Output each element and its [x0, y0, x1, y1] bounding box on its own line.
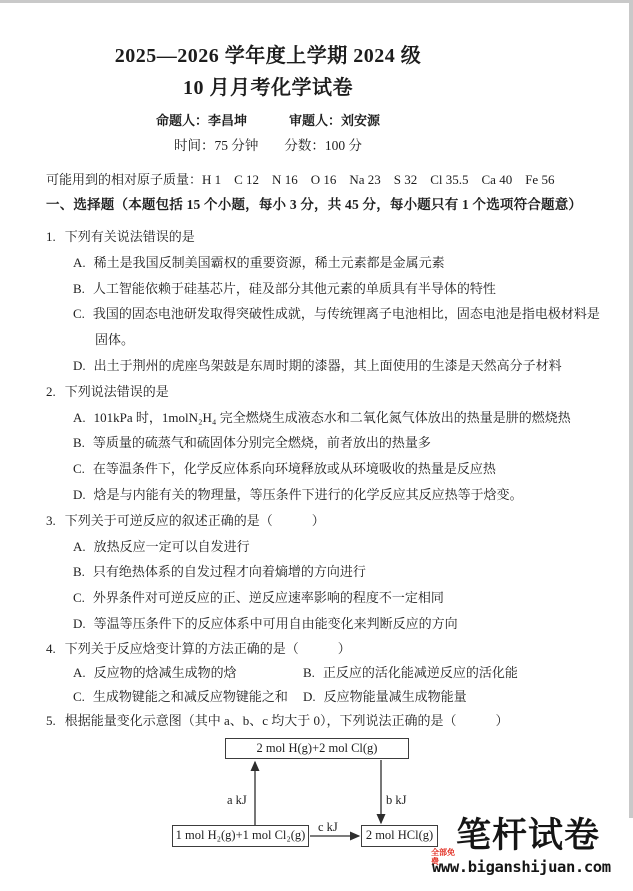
- option-text: 出土于荆州的虎座鸟架鼓是东周时期的漆器，其上面使用的生漆是天然高分子材料: [94, 358, 562, 373]
- option-text: 稀土是我国反制美国霸权的重要资源，稀土元素都是金属元素: [94, 255, 445, 270]
- question-2-stem: 2.下列说法错误的是: [46, 379, 606, 405]
- diagram-label-b: b kJ: [386, 793, 407, 808]
- question-1-option-b: B.人工智能依赖于硅基芯片，硅及部分其他元素的单质具有半导体的特性: [46, 276, 606, 302]
- question-list: 1.下列有关说法错误的是 A.稀土是我国反制美国霸权的重要资源，稀土元素都是金属…: [46, 224, 606, 868]
- option-label: B.: [73, 435, 85, 450]
- option-label: B.: [73, 564, 85, 579]
- option-text: 我国的固态电池研发取得突破性成就，与传统锂离子电池相比，固态电池是指电极材料是固…: [93, 306, 600, 347]
- option-label: A.: [73, 410, 86, 425]
- question-4-options-row2: C.生成物键能之和减反应物键能之和 D.反应物能量减生成物能量: [46, 685, 606, 709]
- setter-label: 命题人：李昌坤: [156, 113, 247, 128]
- watermark-url: www.biganshijuan.com: [432, 858, 611, 876]
- option-text: 生成物键能之和减反应物键能之和: [93, 689, 288, 704]
- option-label: D.: [73, 358, 86, 373]
- option-label: C.: [73, 590, 85, 605]
- question-1-option-d: D.出土于荆州的虎座鸟架鼓是东周时期的漆器，其上面使用的生漆是天然高分子材料: [46, 353, 606, 379]
- option-label: D.: [303, 689, 316, 704]
- question-2-number: 2.: [46, 384, 56, 399]
- option-text: 反应物能量减生成物能量: [324, 689, 467, 704]
- option-label: C.: [73, 689, 85, 704]
- question-1-option-c: C.我国的固态电池研发取得突破性成就，与传统锂离子电池相比，固态电池是指电极材料…: [46, 301, 606, 353]
- scan-edge-right: [629, 0, 633, 818]
- time-label: 时间：75 分钟: [174, 138, 258, 153]
- scan-edge-top: [0, 0, 633, 3]
- paper-title-line1: 2025—2026 学年度上学期 2024 级: [46, 44, 490, 68]
- question-1: 1.下列有关说法错误的是 A.稀土是我国反制美国霸权的重要资源，稀土元素都是金属…: [46, 224, 606, 379]
- paper-time-row: 时间：75 分钟分数：100 分: [46, 137, 490, 154]
- question-1-text: 下列有关说法错误的是: [65, 229, 195, 244]
- option-label: A.: [73, 255, 86, 270]
- question-4: 4.下列关于反应焓变计算的方法正确的是（ ） A.反应物的焓减生成物的焓 B.正…: [46, 637, 606, 710]
- option-label: C.: [73, 306, 85, 321]
- option-label: A.: [73, 665, 86, 680]
- paper-authors-row: 命题人：李昌坤审题人：刘安源: [46, 112, 490, 129]
- score-label: 分数：100 分: [284, 138, 362, 153]
- question-3-number: 3.: [46, 513, 56, 528]
- option-label: D.: [73, 487, 86, 502]
- question-2-text: 下列说法错误的是: [65, 384, 169, 399]
- option-label: A.: [73, 539, 86, 554]
- question-3: 3.下列关于可逆反应的叙述正确的是（ ） A.放热反应一定可以自发进行 B.只有…: [46, 508, 606, 637]
- option-label: D.: [73, 616, 86, 631]
- question-1-stem: 1.下列有关说法错误的是: [46, 224, 606, 250]
- watermark-brand: 笔杆试卷: [456, 816, 600, 856]
- option-text: 只有绝热体系的自发过程才向着熵增的方向进行: [93, 564, 366, 579]
- paper-header: 2025—2026 学年度上学期 2024 级 10 月月考化学试卷 命题人：李…: [46, 40, 490, 154]
- diagram-box-atoms: 2 mol H(g)+2 mol Cl(g): [225, 738, 409, 759]
- question-5-stem: 5.根据能量变化示意图（其中 a、b、c 均大于 0），下列说法正确的是（ ）: [46, 710, 606, 732]
- option-text: 等温等压条件下的反应体系中可用自由能变化来判断反应的方向: [94, 616, 458, 631]
- diagram-box-reactants: 1 mol H₂(g)+1 mol Cl₂(g): [172, 825, 309, 847]
- question-4-option-c: C.生成物键能之和减反应物键能之和: [46, 685, 303, 709]
- question-4-stem: 4.下列关于反应焓变计算的方法正确的是（ ）: [46, 637, 606, 661]
- option-label: B.: [303, 665, 315, 680]
- diagram-box-product: 2 mol HCl(g): [361, 825, 438, 847]
- reviewer-label: 审题人：刘安源: [289, 113, 380, 128]
- question-2-option-d: D.焓是与内能有关的物理量，等压条件下进行的化学反应其反应热等于焓变。: [46, 482, 606, 508]
- question-2-option-b: B.等质量的硫蒸气和硫固体分别完全燃烧，前者放出的热量多: [46, 430, 606, 456]
- question-5-number: 5.: [46, 713, 56, 728]
- question-4-option-a: A.反应物的焓减生成物的焓: [46, 661, 303, 685]
- option-text: 焓是与内能有关的物理量，等压条件下进行的化学反应其反应热等于焓变。: [94, 487, 523, 502]
- question-3-text: 下列关于可逆反应的叙述正确的是（ ）: [65, 513, 325, 528]
- option-text: 在等温条件下，化学反应体系向环境释放或从环境吸收的热量是反应热: [93, 461, 496, 476]
- question-1-option-a: A.稀土是我国反制美国霸权的重要资源，稀土元素都是金属元素: [46, 250, 606, 276]
- paper-title-line2: 10 月月考化学试卷: [46, 76, 490, 100]
- question-3-option-c: C.外界条件对可逆反应的正、逆反应速率影响的程度不一定相同: [46, 585, 606, 611]
- question-4-text: 下列关于反应焓变计算的方法正确的是（ ）: [65, 641, 351, 656]
- question-3-option-d: D.等温等压条件下的反应体系中可用自由能变化来判断反应的方向: [46, 611, 606, 637]
- question-5-text: 根据能量变化示意图（其中 a、b、c 均大于 0），下列说法正确的是（ ）: [65, 713, 509, 728]
- question-3-stem: 3.下列关于可逆反应的叙述正确的是（ ）: [46, 508, 606, 534]
- question-4-number: 4.: [46, 641, 56, 656]
- question-2-option-a: A.101kPa 时，1molN₂H₄ 完全燃烧生成液态水和二氧化氮气体放出的热…: [46, 405, 606, 431]
- question-2: 2.下列说法错误的是 A.101kPa 时，1molN₂H₄ 完全燃烧生成液态水…: [46, 379, 606, 508]
- section-heading: 一、选择题（本题包括 15 个小题，每小 3 分，共 45 分，每小题只有 1 …: [46, 195, 606, 215]
- option-text: 101kPa 时，1molN₂H₄ 完全燃烧生成液态水和二氧化氮气体放出的热量是…: [94, 410, 571, 425]
- option-label: B.: [73, 281, 85, 296]
- option-text: 人工智能依赖于硅基芯片，硅及部分其他元素的单质具有半导体的特性: [93, 281, 496, 296]
- diagram-label-c: c kJ: [318, 820, 338, 835]
- question-2-option-c: C.在等温条件下，化学反应体系向环境释放或从环境吸收的热量是反应热: [46, 456, 606, 482]
- option-text: 正反应的活化能减逆反应的活化能: [323, 665, 518, 680]
- option-text: 外界条件对可逆反应的正、逆反应速率影响的程度不一定相同: [93, 590, 444, 605]
- exam-paper: 2025—2026 学年度上学期 2024 级 10 月月考化学试卷 命题人：李…: [46, 40, 606, 868]
- question-3-option-b: B.只有绝热体系的自发过程才向着熵增的方向进行: [46, 559, 606, 585]
- option-text: 等质量的硫蒸气和硫固体分别完全燃烧，前者放出的热量多: [93, 435, 431, 450]
- atomic-masses-line: 可能用到的相对原子质量：H 1 C 12 N 16 O 16 Na 23 S 3…: [46, 170, 606, 190]
- option-text: 反应物的焓减生成物的焓: [94, 665, 237, 680]
- question-1-number: 1.: [46, 229, 56, 244]
- question-4-option-d: D.反应物能量减生成物能量: [303, 685, 467, 709]
- question-3-option-a: A.放热反应一定可以自发进行: [46, 534, 606, 560]
- diagram-label-a: a kJ: [227, 793, 247, 808]
- option-text: 放热反应一定可以自发进行: [94, 539, 250, 554]
- option-label: C.: [73, 461, 85, 476]
- question-4-options-row1: A.反应物的焓减生成物的焓 B.正反应的活化能减逆反应的活化能: [46, 661, 606, 685]
- question-4-option-b: B.正反应的活化能减逆反应的活化能: [303, 661, 518, 685]
